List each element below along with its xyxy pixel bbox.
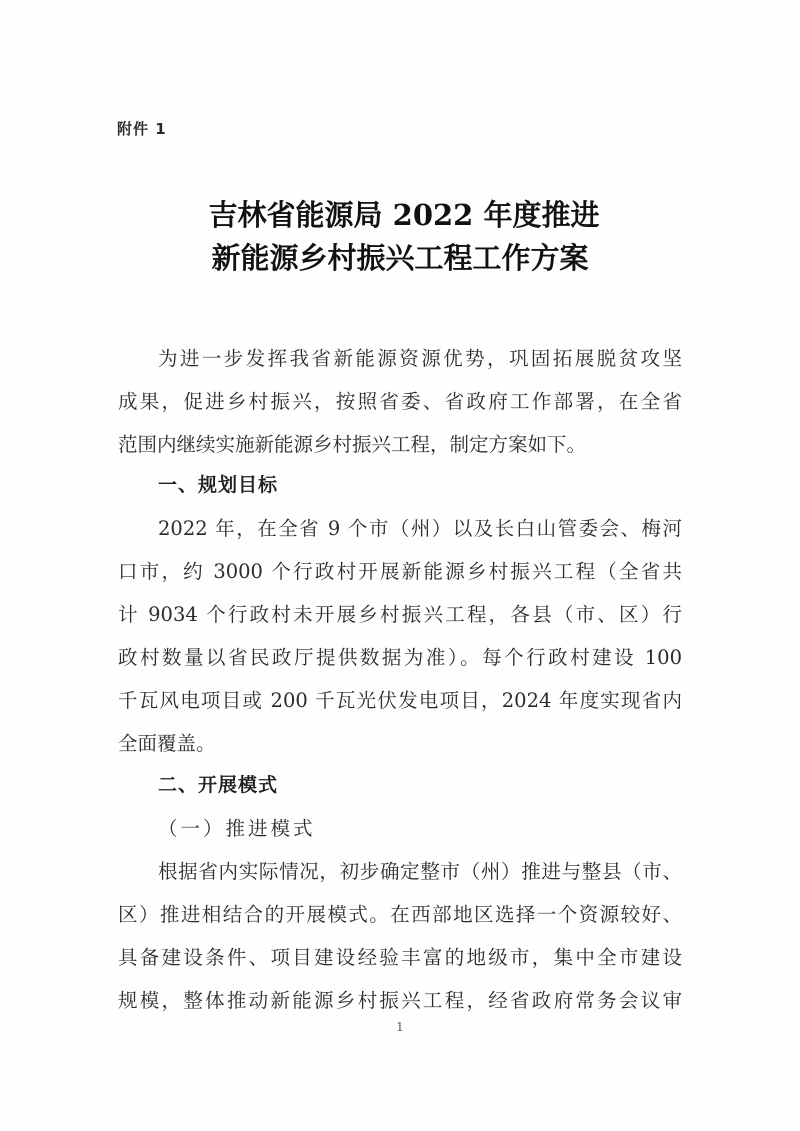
page-number: 1 (0, 1020, 800, 1034)
paragraph-line: 具备建设条件、项目建设经验丰富的地级市，集中全市建设 (118, 942, 682, 970)
intro-line: 范围内继续实施新能源乡村振兴工程，制定方案如下。 (118, 429, 682, 457)
document-title-line-2: 新能源乡村振兴工程工作方案 (0, 236, 800, 277)
intro-line: 成果，促进乡村振兴，按照省委、省政府工作部署，在全省 (118, 386, 682, 414)
paragraph-line: 根据省内实际情况，初步确定整市（州）推进与整县（市、 (158, 856, 682, 884)
paragraph-line: 全面覆盖。 (118, 728, 682, 756)
document-page: 附件 1 吉林省能源局 2022 年度推进 新能源乡村振兴工程工作方案 为进一步… (0, 0, 800, 1131)
paragraph-line: 规模，整体推动新能源乡村振兴工程，经省政府常务会议审 (118, 985, 682, 1013)
attachment-label: 附件 1 (117, 118, 167, 139)
subsection-heading-promotion-mode: （一）推进模式 (158, 813, 316, 841)
paragraph-line: 计 9034 个行政村未开展乡村振兴工程，各县（市、区）行 (118, 599, 682, 627)
paragraph-line: 千瓦风电项目或 200 千瓦光伏发电项目，2024 年度实现省内 (118, 685, 682, 713)
document-title-line-1: 吉林省能源局 2022 年度推进 (4, 193, 800, 234)
intro-line: 为进一步发挥我省新能源资源优势，巩固拓展脱贫攻坚 (158, 343, 682, 371)
paragraph-line: 政村数量以省民政厅提供数据为准）。每个行政村建设 100 (118, 642, 682, 670)
paragraph-line: 2022 年，在全省 9 个市（州）以及长白山管委会、梅河 (158, 513, 682, 541)
paragraph-line: 区）推进相结合的开展模式。在西部地区选择一个资源较好、 (118, 899, 682, 927)
paragraph-line: 口市，约 3000 个行政村开展新能源乡村振兴工程（全省共 (118, 556, 682, 584)
section-heading-planning-goals: 一、规划目标 (158, 470, 278, 497)
section-heading-operating-mode: 二、开展模式 (158, 770, 278, 797)
